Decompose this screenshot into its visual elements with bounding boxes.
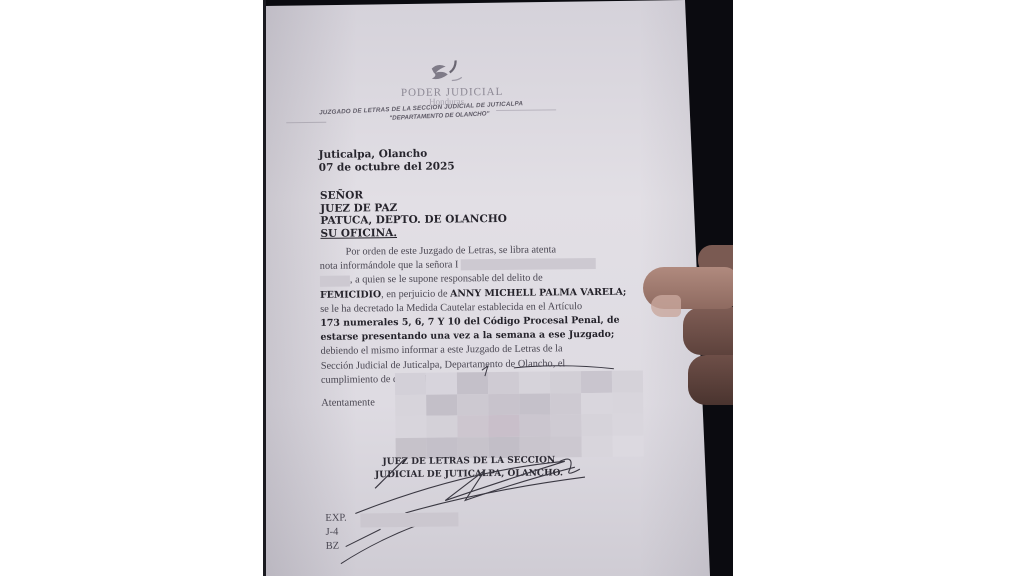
- victim-name: ANNY MICHELL PALMA VARELA;: [450, 286, 626, 299]
- footer-references: EXP. J-4 BZ: [325, 512, 347, 554]
- closing: Atentamente: [321, 397, 375, 409]
- court-code: J-4: [325, 526, 346, 540]
- redacted-case-number: [360, 512, 458, 527]
- signatory-title: JUEZ DE LETRAS DE LA SECCION JUDICIAL DE…: [375, 454, 563, 482]
- date: 07 de octubre del 2025: [319, 160, 455, 173]
- addressee-block: SEÑOR JUEZ DE PAZ PATUCA, DEPTO. DE OLAN…: [320, 188, 507, 240]
- redacted-signature-block: [395, 370, 644, 459]
- letter-body: Por orden de este Juzgado de Letras, se …: [320, 242, 651, 387]
- poder-judicial-emblem-icon: [426, 58, 466, 88]
- hand: [643, 245, 733, 445]
- redacted-name-continued: [320, 275, 350, 286]
- typist-initials: BZ: [326, 540, 347, 554]
- exp-label: EXP.: [325, 512, 346, 526]
- place: Juticalpa, Olancho: [319, 148, 428, 161]
- photo: PODER JUDICIAL Honduras JUZGADO DE LETRA…: [263, 0, 733, 576]
- addressee-office: SU OFICINA.: [320, 225, 507, 239]
- redacted-name: [461, 258, 596, 270]
- addressee-location: PATUCA, DEPTO. DE OLANCHO: [320, 213, 507, 227]
- thumb: [643, 267, 733, 309]
